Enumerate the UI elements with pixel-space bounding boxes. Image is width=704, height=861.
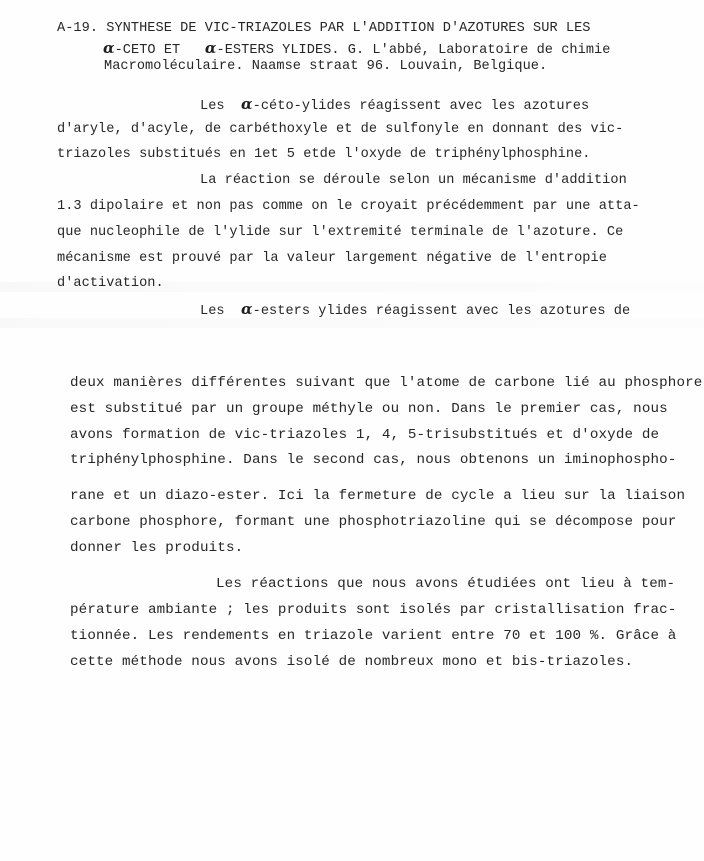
paragraph-line: deux manières différentes suivant que l'… (70, 375, 702, 391)
paragraph-line: Les α-céto-ylides réagissent avec les az… (200, 96, 589, 115)
paragraph-line: 1.3 dipolaire et non pas comme on le cro… (57, 199, 640, 215)
alpha-symbol: α (241, 300, 253, 318)
paragraph-line: d'activation. (57, 276, 164, 292)
alpha-symbol: α (241, 95, 253, 113)
paragraph-line: carbone phosphore, formant une phosphotr… (70, 514, 676, 530)
document-page: A-19. SYNTHESE DE VIC-TRIAZOLES PAR L'AD… (0, 0, 704, 861)
paragraph-line: pérature ambiante ; les produits sont is… (70, 602, 676, 618)
paragraph-line: tionnée. Les rendements en triazole vari… (70, 628, 676, 644)
title-text-segment: -ESTERS YLIDES. G. L'abbé, Laboratoire d… (216, 43, 610, 58)
title-text-segment: -CETO ET (115, 43, 205, 58)
paragraph-line: Les réactions que nous avons étudiées on… (216, 576, 675, 592)
paragraph-line: mécanisme est prouvé par la valeur large… (57, 251, 607, 267)
paragraph-line: est substitué par un groupe méthyle ou n… (70, 401, 668, 417)
text-segment: -céto-ylides réagissent avec les azoture… (253, 99, 590, 114)
paragraph-line: d'aryle, d'acyle, de carbéthoxyle et de … (57, 122, 623, 138)
paragraph-line: que nucleophile de l'ylide sur l'extremi… (57, 225, 623, 241)
text-segment: -esters ylides réagissent avec les azotu… (253, 304, 631, 319)
paragraph-line: donner les produits. (70, 540, 243, 556)
abstract-title-line-1: A-19. SYNTHESE DE VIC-TRIAZOLES PAR L'AD… (57, 21, 591, 37)
author-affiliation-line: Macromoléculaire. Naamse straat 96. Louv… (104, 59, 547, 75)
paragraph-line: avons formation de vic-triazoles 1, 4, 5… (70, 427, 659, 443)
paragraph-line: triphénylphosphine. Dans le second cas, … (70, 452, 676, 468)
abstract-title-line-2: α-CETO ET α-ESTERS YLIDES. G. L'abbé, La… (103, 40, 610, 59)
text-segment: Les (200, 99, 241, 114)
text-segment: Les (200, 304, 241, 319)
paragraph-line: Les α-esters ylides réagissent avec les … (200, 301, 630, 320)
paragraph-line: rane et un diazo-ester. Ici la fermeture… (70, 488, 685, 504)
paragraph-line: La réaction se déroule selon un mécanism… (200, 173, 627, 189)
alpha-symbol: α (103, 39, 115, 57)
paragraph-line: cette méthode nous avons isolé de nombre… (70, 654, 633, 670)
alpha-symbol: α (205, 39, 217, 57)
paragraph-line: triazoles substitués en 1et 5 etde l'oxy… (57, 147, 591, 163)
